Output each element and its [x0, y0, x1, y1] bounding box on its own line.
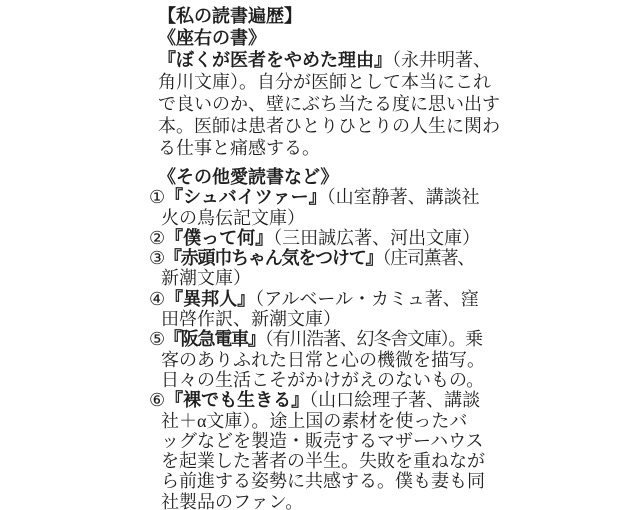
- list-item-5-line: 日々の生活こそがかけがえのないもの。: [161, 370, 518, 390]
- section-heading-other-favorites: 《その他愛読書など》: [158, 167, 518, 187]
- text-run: （山口絵理子著、講談: [309, 390, 480, 410]
- text-run: 新潮文庫）: [161, 268, 251, 288]
- text-run: ⑥: [149, 390, 165, 410]
- reading-history-section: 【私の読書遍歴】《座右の書》『ぼくが医者をやめた理由』（永井明著、角川文庫）。自…: [158, 5, 518, 159]
- text-run: る仕事と痛感する。: [158, 138, 320, 158]
- text-run: ②: [149, 228, 165, 248]
- book-title: 『ぼくが医者をやめた理由』: [158, 50, 392, 70]
- text-run: ら前進する姿勢に共感する。僕も妻も同: [161, 471, 485, 491]
- book-paragraph-line: 角川文庫）。自分が医師として本当にこれ: [158, 71, 518, 93]
- list-item-1-line: ①『シュバイツァー』（山室静著、講談社: [149, 187, 518, 207]
- text-run: ④: [149, 289, 165, 309]
- text-run: 客のありふれた日常と心の機微を描写。: [161, 350, 485, 370]
- book-title: 《その他愛読書など》: [158, 167, 338, 187]
- book-title: 『裸でも生きる』: [165, 390, 309, 410]
- book-title: 【私の読書遍歴】: [158, 6, 302, 26]
- list-item-1-line: 火の鳥伝記文庫）: [161, 208, 518, 228]
- book-title: 『シュバイツァー』: [165, 187, 326, 207]
- book-title: 『赤頭巾ちゃん気をつけて』: [164, 248, 382, 268]
- text-run: 日々の生活こそがかけがえのないもの。: [161, 370, 484, 390]
- text-run: （三田誠広著、河出文庫）: [273, 228, 480, 248]
- book-title: 『阪急電車』: [164, 329, 265, 349]
- list-item-6-line: 社＋α文庫）。途上国の素材を使ったバ: [161, 411, 518, 431]
- list-item-4-line: ④『異邦人』（アルベール・カミュ著、窪: [149, 289, 518, 309]
- section-heading-zayu-no-sho: 《座右の書》: [158, 27, 518, 49]
- list-item-6-line: ら前進する姿勢に共感する。僕も妻も同: [161, 471, 518, 491]
- book-paragraph-line: 『ぼくが医者をやめた理由』（永井明著、: [158, 49, 518, 71]
- book-title: 『異邦人』: [165, 289, 255, 309]
- text-run: （山室静著、講談社: [327, 187, 480, 207]
- text-run: ッグなどを製造・販売するマザーハウス: [161, 431, 484, 451]
- text-run: で良いのか、壁にぶち当たる度に思い出す: [158, 94, 500, 114]
- text-run: 社製品のファン。: [161, 492, 303, 510]
- text-run: 社＋α文庫）。途上国の素材を使ったバ: [161, 411, 467, 431]
- list-item-2-line: ②『僕って何』（三田誠広著、河出文庫）: [149, 228, 518, 248]
- text-run: 本。医師は患者ひとりひとりの人生に関わ: [158, 116, 500, 136]
- text-run: 角川文庫）。自分が医師として本当にこれ: [158, 72, 491, 92]
- other-favorite-books-section: 《その他愛読書など》①『シュバイツァー』（山室静著、講談社火の鳥伝記文庫）②『僕…: [158, 167, 518, 510]
- book-paragraph-line: 本。医師は患者ひとりひとりの人生に関わ: [158, 115, 518, 137]
- text-run: （永井明著、: [392, 50, 491, 70]
- list-item-6-line: 社製品のファン。: [161, 492, 518, 510]
- text-run: （有川浩著、幻冬舎文庫）。乗: [265, 329, 482, 349]
- text-run: （アルベール・カミュ著、窪: [255, 289, 479, 309]
- list-item-3-line: 新潮文庫）: [161, 268, 518, 288]
- list-item-6-line: ッグなどを製造・販売するマザーハウス: [161, 431, 518, 451]
- book-title: 《座右の書》: [158, 28, 266, 48]
- list-item-4-line: 田啓作訳、新潮文庫）: [161, 309, 518, 329]
- list-item-6-line: ⑥『裸でも生きる』（山口絵理子著、講談: [149, 390, 518, 410]
- text-run: （庄司薫著、: [382, 248, 474, 268]
- book-paragraph-line: る仕事と痛感する。: [158, 137, 518, 159]
- text-run: 田啓作訳、新潮文庫）: [161, 309, 341, 329]
- book-paragraph-line: で良いのか、壁にぶち当たる度に思い出す: [158, 93, 518, 115]
- text-run: ③: [149, 248, 164, 268]
- text-run: ①: [149, 187, 165, 207]
- list-item-5-line: 客のありふれた日常と心の機微を描写。: [161, 350, 518, 370]
- text-run: ⑤: [149, 329, 164, 349]
- list-item-5-line: ⑤『阪急電車』（有川浩著、幻冬舎文庫）。乗: [149, 329, 518, 349]
- book-title: 『僕って何』: [165, 228, 273, 248]
- section-heading-reading-history: 【私の読書遍歴】: [158, 5, 518, 27]
- text-run: を起業した著者の半生。失敗を重ねなが: [161, 451, 485, 471]
- text-run: 火の鳥伝記文庫）: [161, 208, 305, 228]
- document-page: 【私の読書遍歴】《座右の書》『ぼくが医者をやめた理由』（永井明著、角川文庫）。自…: [0, 0, 630, 510]
- list-item-3-line: ③『赤頭巾ちゃん気をつけて』（庄司薫著、: [149, 248, 518, 268]
- list-item-6-line: を起業した著者の半生。失敗を重ねなが: [161, 451, 518, 471]
